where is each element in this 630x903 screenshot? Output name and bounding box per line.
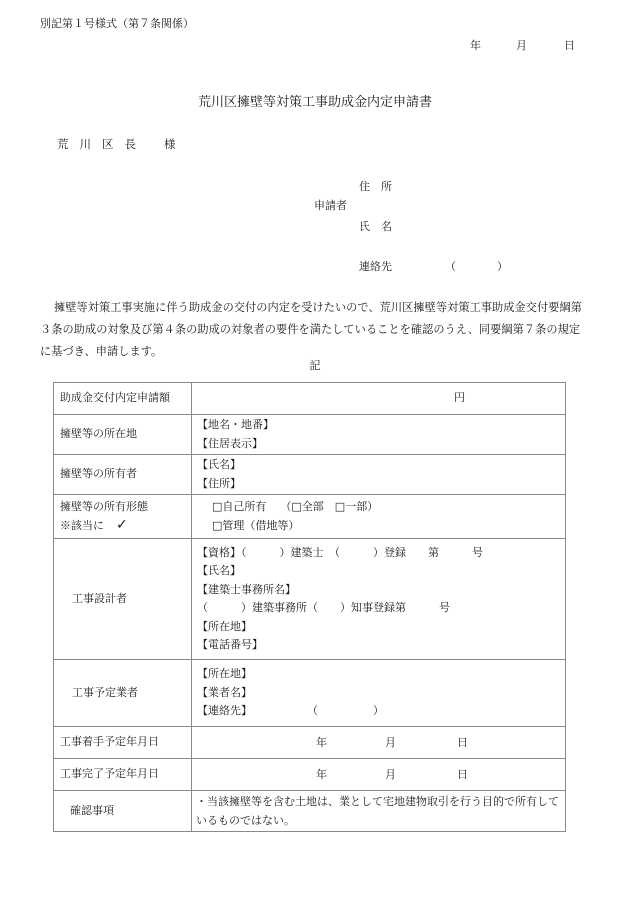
row-owner: 擁壁等の所有者 【氏名】 【住所】 <box>54 455 566 495</box>
field-confirmation: ・当該擁壁等を含む土地は、業として宅地建物取引を行う目的で所有しているものではな… <box>192 791 566 832</box>
row-designer: 工事設計者 【資格】（ ）建築士 （ ）登録 第 号 【氏名】 【建築士事務所名… <box>54 539 566 660</box>
date-month: 月 <box>516 40 527 51</box>
yen-unit: 円 <box>454 391 465 404</box>
row-amount: 助成金交付内定申請額 円 <box>54 383 566 415</box>
ki-heading: 記 <box>0 360 630 371</box>
field-ownership: □自己所有（□全部 □一部） □管理（借地等） <box>192 495 566 539</box>
designer-phone: 【電話番号】 <box>197 636 565 655</box>
contractor-location: 【所在地】 <box>197 665 565 684</box>
field-end-date[interactable]: 年 月 日 <box>192 759 566 791</box>
label-end-date: 工事完了予定年月日 <box>54 759 192 791</box>
application-table: 助成金交付内定申請額 円 擁壁等の所在地 【地名・地番】 【住居表示】 擁壁等の… <box>53 382 566 832</box>
designer-name: 【氏名】 <box>197 562 565 581</box>
checkbox-managed[interactable]: □管理（借地等） <box>212 517 565 536</box>
location-address: 【住居表示】 <box>197 435 565 454</box>
contact-paren-close: ） <box>497 261 508 272</box>
field-start-date[interactable]: 年 月 日 <box>192 727 566 759</box>
row-contractor: 工事予定業者 【所在地】 【業者名】 【連絡先】 （ ） <box>54 660 566 727</box>
label-location: 擁壁等の所在地 <box>54 415 192 455</box>
form-number: 別記第１号様式（第７条関係） <box>40 18 194 29</box>
check-icon: ✓ <box>116 518 128 532</box>
date-day: 日 <box>564 40 575 51</box>
label-amount: 助成金交付内定申請額 <box>54 383 192 415</box>
owner-address: 【住所】 <box>197 475 565 494</box>
row-location: 擁壁等の所在地 【地名・地番】 【住居表示】 <box>54 415 566 455</box>
location-lot: 【地名・地番】 <box>197 416 565 435</box>
field-contractor[interactable]: 【所在地】 【業者名】 【連絡先】 （ ） <box>192 660 566 727</box>
checkbox-self-scope[interactable]: （□全部 □一部） <box>280 500 378 513</box>
designer-location: 【所在地】 <box>197 618 565 637</box>
contact-paren-open: （ <box>445 261 456 272</box>
addressee: 荒川区長様 <box>57 139 187 151</box>
label-designer: 工事設計者 <box>54 539 192 660</box>
label-owner: 擁壁等の所有者 <box>54 455 192 495</box>
designer-office-name: 【建築士事務所名】 <box>197 581 565 600</box>
field-amount[interactable]: 円 <box>192 383 566 415</box>
designer-office-registration: （ ）建築事務所（ ）知事登録第 号 <box>197 599 565 618</box>
date-year: 年 <box>470 40 481 51</box>
contractor-name: 【業者名】 <box>197 684 565 703</box>
page-title: 荒川区擁壁等対策工事助成金内定申請書 <box>0 96 630 109</box>
owner-name: 【氏名】 <box>197 456 565 475</box>
row-start-date: 工事着手予定年月日 年 月 日 <box>54 727 566 759</box>
applicant-label: 申請者 <box>314 200 347 211</box>
label-confirmation: 確認事項 <box>54 791 192 832</box>
applicant-address-label: 住 所 <box>359 181 392 192</box>
row-confirmation: 確認事項 ・当該擁壁等を含む土地は、業として宅地建物取引を行う目的で所有している… <box>54 791 566 832</box>
field-designer[interactable]: 【資格】（ ）建築士 （ ）登録 第 号 【氏名】 【建築士事務所名】 （ ）建… <box>192 539 566 660</box>
row-end-date: 工事完了予定年月日 年 月 日 <box>54 759 566 791</box>
label-contractor: 工事予定業者 <box>54 660 192 727</box>
row-ownership: 擁壁等の所有形態 ※該当に✓ □自己所有（□全部 □一部） □管理（借地等） <box>54 495 566 539</box>
contractor-contact: 【連絡先】 （ ） <box>197 702 565 721</box>
designer-qualification: 【資格】（ ）建築士 （ ）登録 第 号 <box>197 544 565 563</box>
label-start-date: 工事着手予定年月日 <box>54 727 192 759</box>
applicant-name-label: 氏 名 <box>359 221 392 232</box>
field-location[interactable]: 【地名・地番】 【住居表示】 <box>192 415 566 455</box>
label-ownership: 擁壁等の所有形態 ※該当に✓ <box>54 495 192 539</box>
body-paragraph: 擁壁等対策工事実施に伴う助成金の交付の内定を受けたいので、荒川区擁壁等対策工事助… <box>40 297 585 363</box>
applicant-contact-label: 連絡先 <box>359 261 392 272</box>
field-owner[interactable]: 【氏名】 【住所】 <box>192 455 566 495</box>
checkbox-self-owned[interactable]: □自己所有 <box>212 500 266 513</box>
